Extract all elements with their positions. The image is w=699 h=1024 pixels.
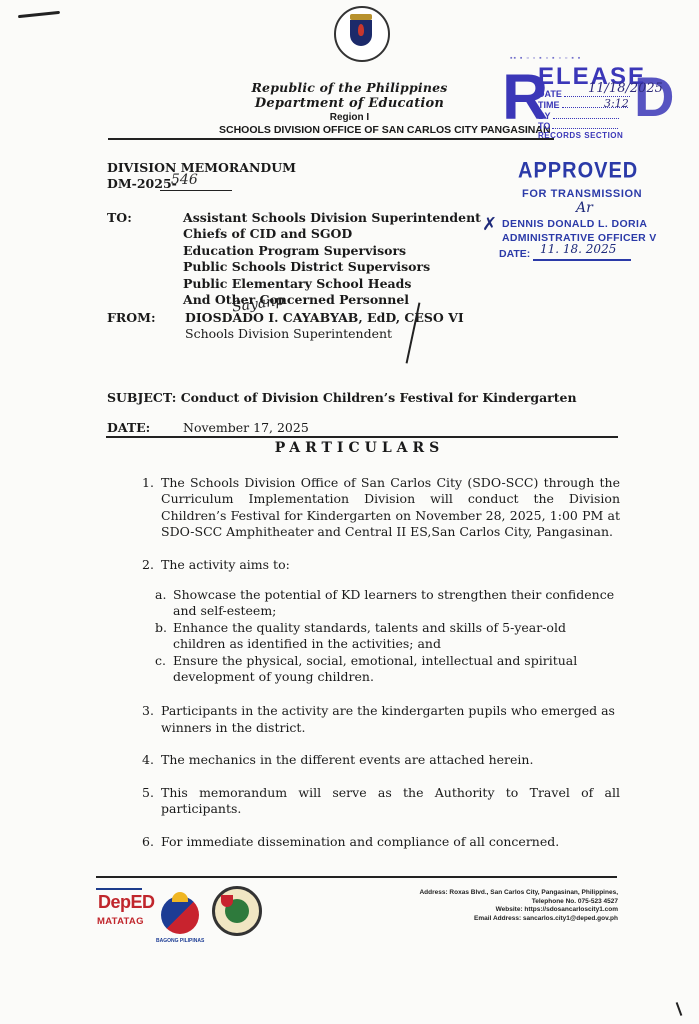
letterhead-divider [108,138,554,140]
stamp-to-field: TO [538,121,618,131]
from-label: FROM: [107,310,156,325]
approved-date-handwritten: 11. 18. 2025 [540,242,616,256]
stamp-date-handwritten: 11/18/2025 [588,81,663,96]
pen-mark [676,1002,683,1016]
recipient: Assistant Schools Division Superintenden… [183,210,481,226]
aims-list: a. Showcase the potential of KD learners… [155,587,620,685]
bagong-pilipinas-logo: BAGONG PILIPINAS [158,884,204,944]
list-item: 5. This memorandum will serve as the Aut… [142,785,620,818]
recipient: Education Program Supervisors [183,243,481,259]
list-item: 2. The activity aims to: a. Showcase the… [142,557,620,686]
sub-item: a. Showcase the potential of KD learners… [155,587,620,620]
recipient: Public Elementary School Heads [183,276,481,292]
initial-mark-icon: ✗ [482,214,497,235]
stamp-time-handwritten: 3:12 [604,97,629,110]
sub-item: c. Ensure the physical, social, emotiona… [155,653,620,686]
approved-date-line [533,259,631,261]
date-label: DATE: [107,420,150,435]
approver-signature: Ar [576,200,593,216]
deped-seal-icon [334,6,390,62]
list-item: 1. The Schools Division Office of San Ca… [142,475,620,541]
section-title: PARTICULARS [0,440,699,456]
subject-label: SUBJECT: [107,390,176,405]
approved-stamp-subtitle: FOR TRANSMISSION [522,188,642,200]
approver-name: DENNIS DONALD L. DORIA [502,218,647,230]
memo-type: DIVISION MEMORANDUM [107,160,296,175]
recipient: Public Schools District Supervisors [183,259,481,275]
telephone: Telephone No. 075-523 4527 [400,898,618,907]
stamp-by-field: BY [538,111,619,121]
recipient: And Other Concerned Personnel [183,292,481,308]
memo-number-line [160,190,232,191]
released-stamp: ▪▪ ▪ ▫ ▫ ▪ ▫ ▪ ▫ ▫ ▪ ▪ R ELEASE D DATE T… [492,55,662,135]
from-position: Schools Division Superintendent [185,326,392,341]
contact-info: Address: Roxas Blvd., San Carlos City, P… [400,889,618,923]
approved-stamp-title: APPROVED [518,159,638,184]
list-item: 4. The mechanics in the different events… [142,752,620,768]
address: Address: Roxas Blvd., San Carlos City, P… [400,889,618,898]
approved-date-label: DATE: [499,248,530,260]
list-item: 3. Participants in the activity are the … [142,703,620,736]
to-recipients: Assistant Schools Division Superintenden… [183,210,481,308]
memo-date: November 17, 2025 [183,420,309,435]
subject-text: Conduct of Division Children’s Festival … [181,390,577,405]
from-name: DIOSDADO I. CAYABYAB, EdD, CESO VI [185,310,464,325]
stamp-records-section: RECORDS SECTION [538,131,623,140]
particulars-list: 1. The Schools Division Office of San Ca… [142,475,620,866]
header-divider [106,436,618,438]
subject-line: SUBJECT: Conduct of Division Children’s … [107,390,577,405]
to-label: TO: [107,210,132,225]
memo-number-prefix: DM-2025- [107,176,177,191]
sub-item: b. Enhance the quality standards, talent… [155,620,620,653]
website-link[interactable]: Website: https://sdosancarloscity1.com [400,906,618,915]
sdo-san-carlos-seal [212,886,262,936]
memo-number-handwritten: 546 [171,172,198,188]
list-item: 6. For immediate dissemination and compl… [142,834,620,850]
recipient: Chiefs of CID and SGOD [183,226,481,242]
footer-divider [96,876,617,878]
deped-matatag-logo: DepED MATATAG [96,886,150,942]
pen-mark [18,11,60,18]
email-link[interactable]: Email Address: sancarlos.city1@deped.gov… [400,915,618,924]
stamp-letter-d: D [634,69,674,125]
